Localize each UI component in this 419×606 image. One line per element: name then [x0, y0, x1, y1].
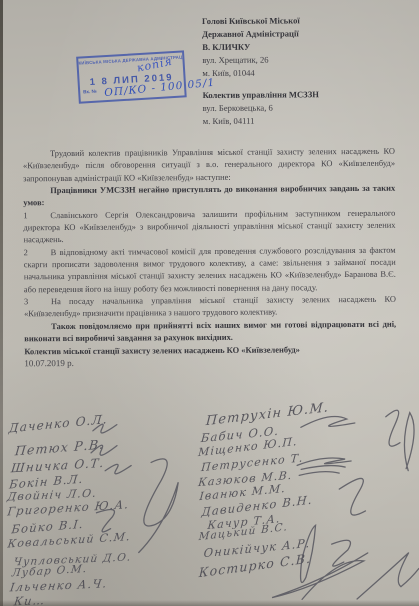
recipient-city: м. Київ, 01044: [202, 66, 382, 80]
paragraph-conditions-heading: Працівники УМСЗЗН негайно приступлять до…: [23, 182, 395, 209]
item-text: На посаду начальника управління міської …: [24, 294, 396, 319]
document-photo: КИЇВСЬКА МІСЬКА ДЕРЖАВНА АДМІНІСТРАЦІЯ к…: [0, 0, 419, 606]
stamp-inbox-label: Вх. №: [83, 89, 97, 95]
pen-flourish-left: [138, 459, 179, 553]
registration-stamp: КИЇВСЬКА МІСЬКА ДЕРЖАВНА АДМІНІСТРАЦІЯ к…: [76, 50, 187, 103]
photo-bottom-shadow: [0, 600, 419, 606]
stamp-inbox-number: ОП/КО - 100 05/1: [103, 77, 215, 99]
letter-body: Трудовий колектив працівників Управління…: [23, 145, 397, 370]
recipient-line: Голові Київської Міської: [202, 14, 382, 28]
sender-street: вул. Берковецька, 6: [203, 101, 383, 115]
item-number: 1: [23, 209, 50, 222]
pen-flourish-right: [386, 410, 400, 446]
signature: Ільченко А.Ч.: [9, 576, 108, 594]
list-item-1: 1Славінського Сергія Олександровича зали…: [23, 206, 395, 246]
list-item-3: 3На посаду начальника управління міської…: [24, 293, 396, 320]
address-block: Голові Київської Міської Державної Адмін…: [202, 14, 383, 128]
signature: Шничка О.Т.: [10, 456, 105, 476]
item-text: В відповідному акті тимчасової комісії д…: [24, 244, 396, 294]
item-number: 3: [24, 295, 51, 308]
signature: Даченко О.Л.: [8, 412, 108, 436]
recipient-line: Державної Адміністрації: [202, 27, 382, 41]
recipient-name: В. КЛИЧКУ: [202, 40, 382, 54]
signature: Петюх Р.В.: [14, 436, 105, 458]
signatures-layer: Даченко О.Л.Петюх Р.В.Шничка О.Т.Бокін В…: [0, 0, 417, 1]
paragraph-notice: Також повідомляємо при прийнятті всіх на…: [24, 318, 396, 345]
item-number: 2: [24, 246, 51, 259]
pen-stroke: [404, 413, 414, 471]
pen-scribble-bottom: [357, 553, 419, 599]
list-item-2: 2В відповідному акті тимчасової комісії …: [24, 243, 396, 295]
pen-squiggle: [332, 540, 351, 566]
pen-squiggle: [105, 464, 131, 474]
pen-flourish-right: [339, 478, 365, 515]
pen-strikethrough: [301, 416, 355, 427]
pen-strikethrough: [297, 458, 351, 476]
document-date: 10.07.2019 р.: [24, 355, 396, 370]
recipient-street: вул. Хрещатик, 26: [202, 53, 382, 67]
sender-city: м. Київ, 04111: [203, 114, 383, 128]
sender-name: Колектив управління МСЗЗН: [203, 88, 383, 102]
paragraph-intro: Трудовий колектив працівників Управління…: [23, 145, 395, 185]
photo-left-edge: [0, 0, 3, 606]
paper: КИЇВСЬКА МІСЬКА ДЕРЖАВНА АДМІНІСТРАЦІЯ к…: [0, 0, 419, 606]
item-text: Славінського Сергія Олександровича залиш…: [23, 207, 395, 244]
